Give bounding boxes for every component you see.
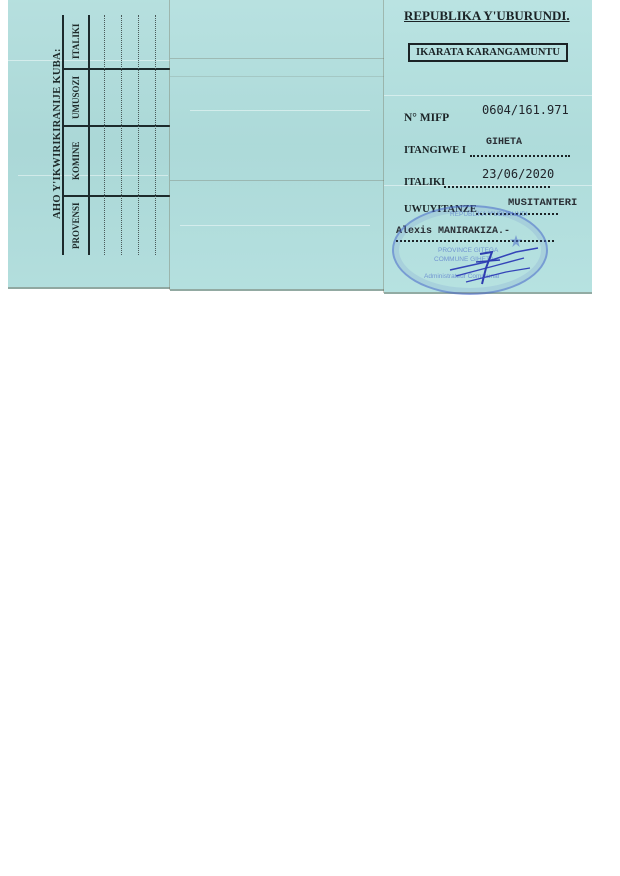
paper-crease (180, 225, 370, 226)
table-header-line (88, 15, 90, 255)
paper-crease (384, 95, 592, 96)
column-header-provensi: PROVENSI (64, 197, 88, 255)
signature-icon (446, 240, 546, 290)
left-panel: AHO Y'IKWIRIKIRANIJE KUBA: PROVENSI KOMI… (8, 0, 170, 289)
date-dotted-line (444, 186, 550, 188)
paper-crease (170, 58, 384, 59)
table-entry-line (121, 15, 122, 255)
country-heading: REPUBLIKA Y'UBURUNDI. (404, 8, 570, 24)
issued-at-label: ITANGIWE I (404, 145, 466, 156)
table-entry-line (104, 15, 105, 255)
identity-card: AHO Y'IKWIRIKIRANIJE KUBA: PROVENSI KOMI… (8, 0, 592, 292)
mifp-value: 0604/161.971 (482, 103, 569, 117)
column-header-komine: KOMINE (64, 127, 88, 195)
table-entry-line (138, 15, 139, 255)
stamp-top-text: REPUBLIKA Y'UBURUNDI (450, 211, 528, 218)
middle-panel (170, 0, 384, 291)
column-header-umusozi: UMUSOZI (64, 70, 88, 125)
paper-crease (170, 180, 384, 181)
paper-crease (170, 76, 384, 77)
column-header-italiki: ITALIKI (64, 15, 88, 68)
mifp-label: N° MIFP (404, 112, 449, 124)
issued-at-value: GIHETA (486, 137, 522, 148)
right-panel: REPUBLIKA Y'UBURUNDI. IKARATA KARANGAMUN… (384, 0, 592, 294)
issued-at-dotted-line (470, 155, 570, 157)
date-label: ITALIKI (404, 177, 445, 188)
paper-crease (18, 175, 168, 176)
card-title: IKARATA KARANGAMUNTU (408, 43, 568, 62)
date-value: 23/06/2020 (482, 167, 554, 181)
paper-crease (190, 110, 370, 111)
table-entry-line (155, 15, 156, 255)
issuer-title-value: MUSITANTERI (508, 197, 577, 209)
